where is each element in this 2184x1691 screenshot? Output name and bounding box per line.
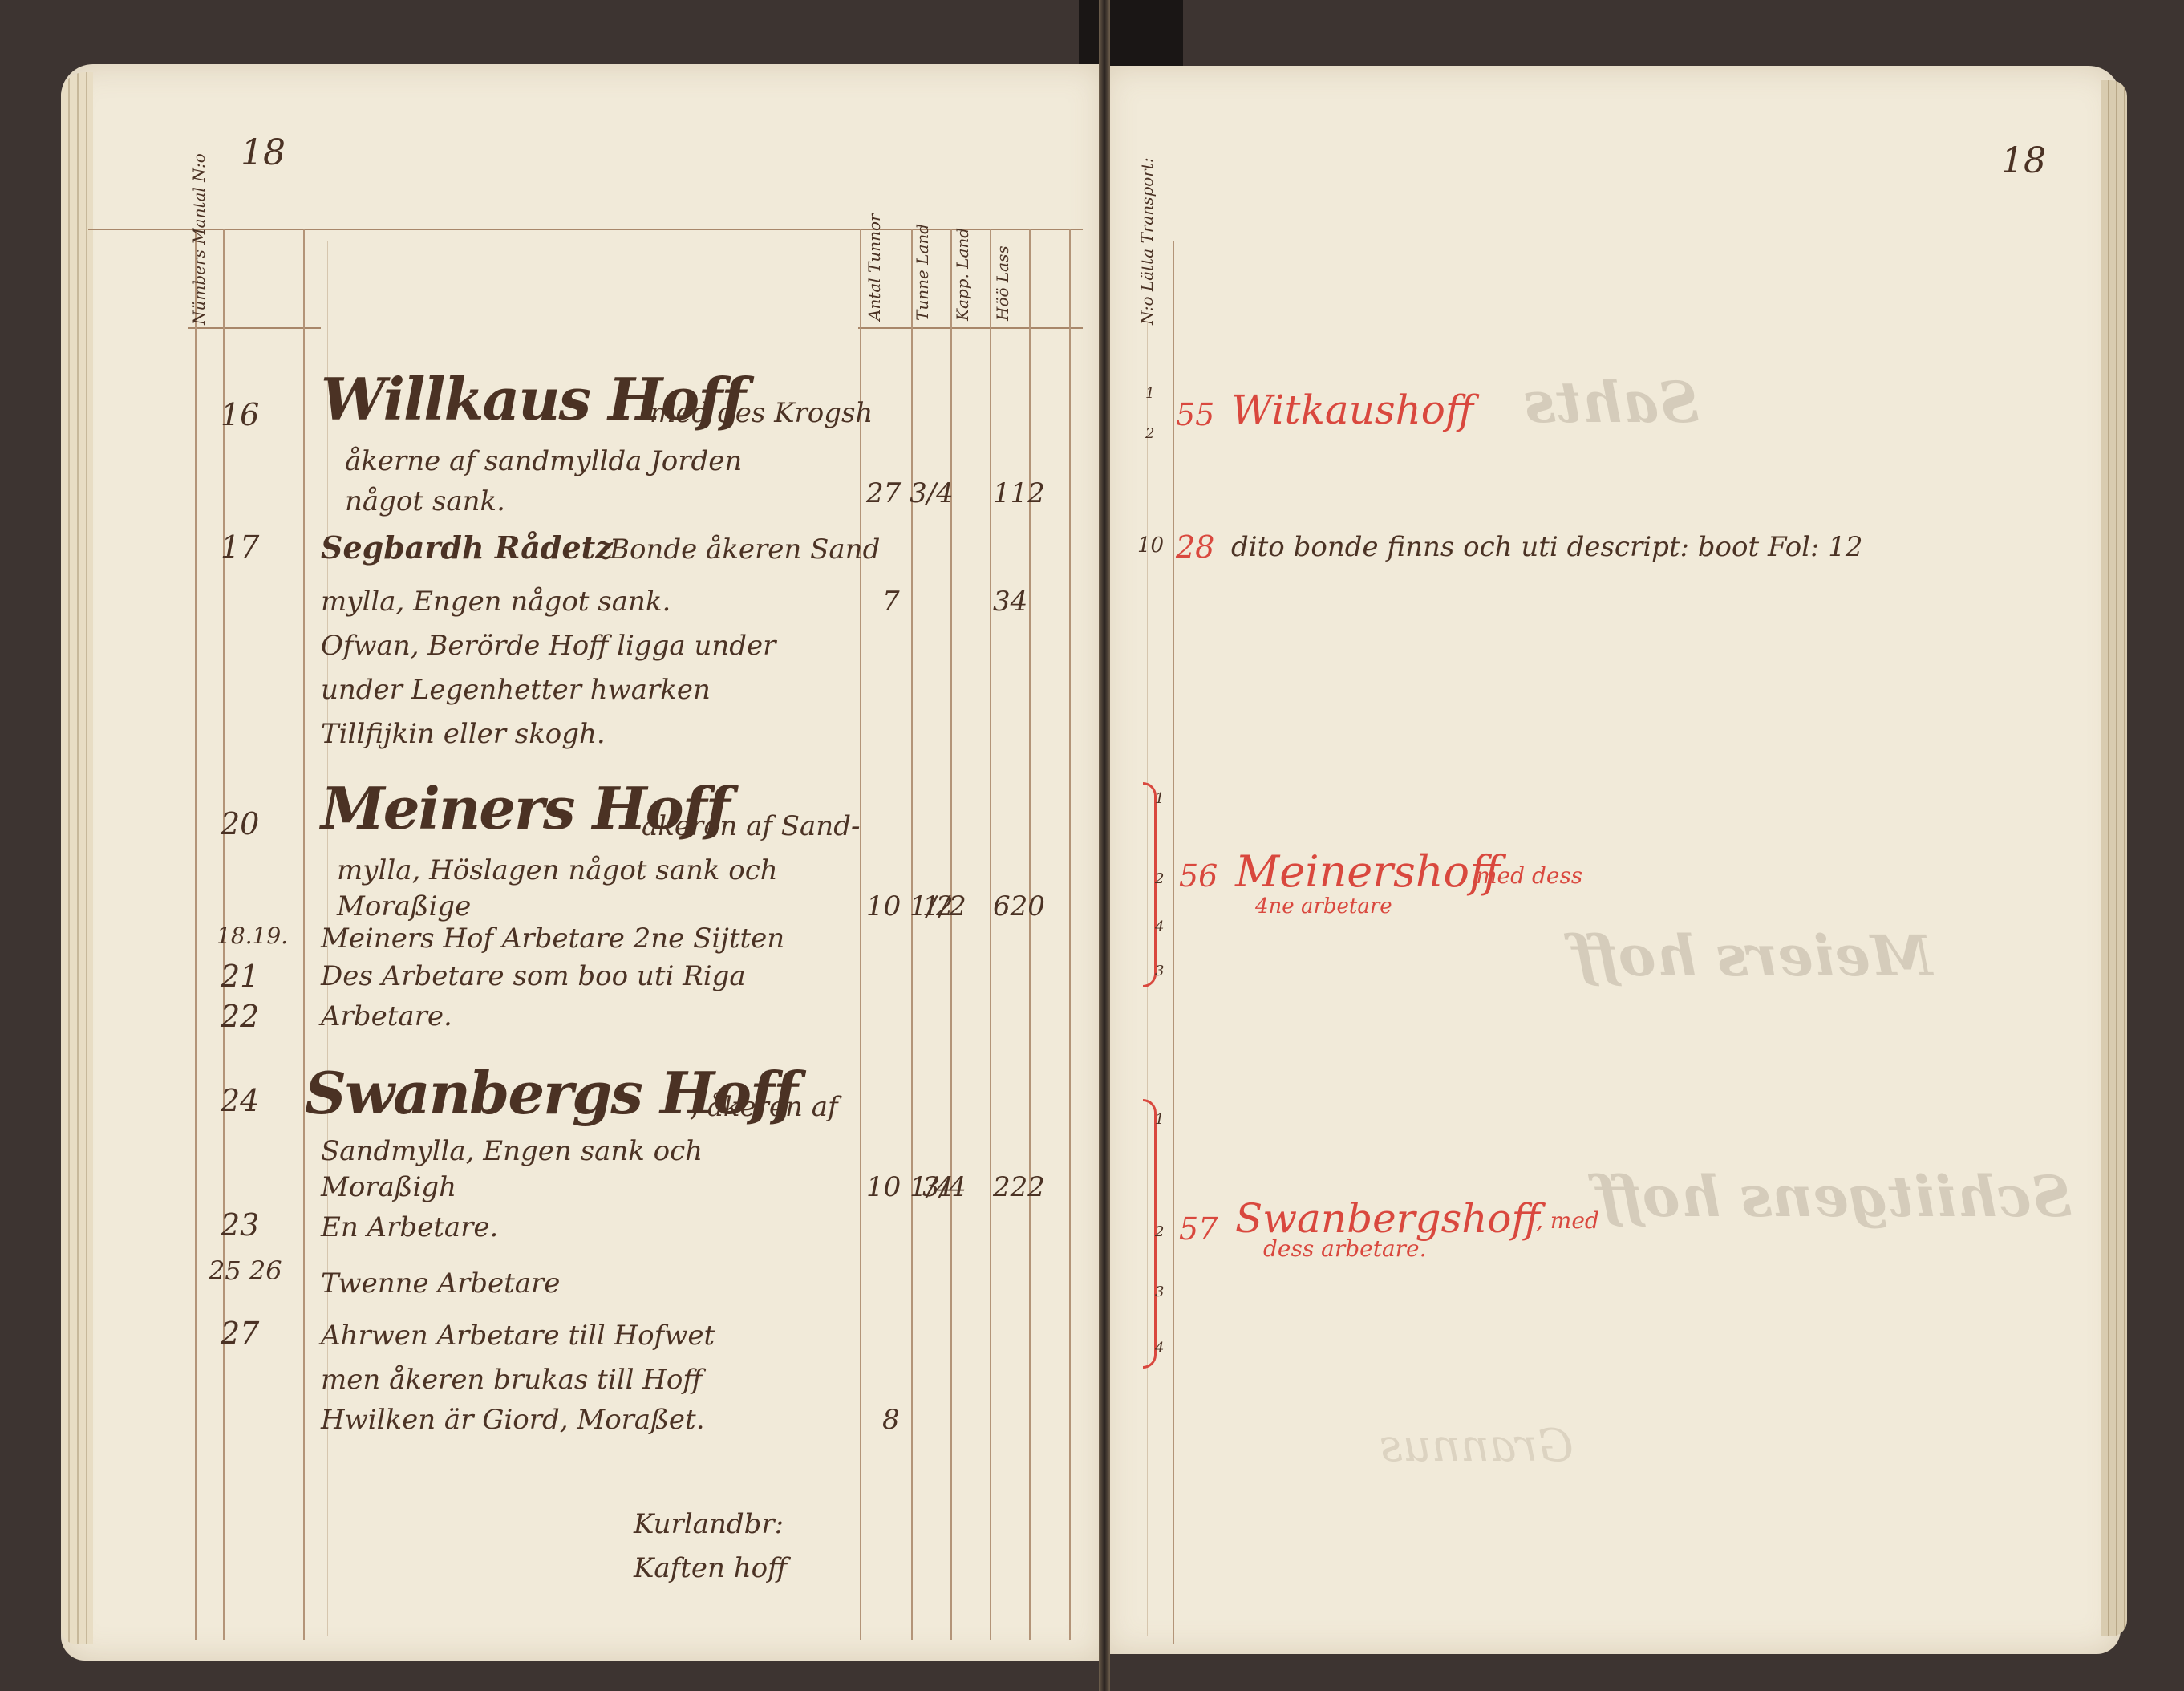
value-rule-2 bbox=[911, 229, 913, 1640]
margin-no: 10 bbox=[1137, 533, 1164, 558]
entry-line: under Legenhetter hwarken bbox=[321, 674, 711, 706]
entry-line: Ofwan, Berörde Hoff ligga under bbox=[321, 630, 776, 662]
bleed-through-text: Schiitgens hoff bbox=[1596, 1163, 2072, 1230]
entry-line: En Arbetare. bbox=[321, 1211, 498, 1243]
col-header-2: Tunne Land bbox=[914, 233, 931, 321]
signature-line-1: Kurlandbr: bbox=[634, 1508, 784, 1540]
right-margin-rule bbox=[1173, 241, 1174, 1644]
entry-line: Moraßigh bbox=[321, 1171, 456, 1203]
entry-no: 55 bbox=[1176, 397, 1214, 432]
value-rule-6 bbox=[1069, 229, 1071, 1640]
entry-line: Tillfijkin eller skogh. bbox=[321, 718, 606, 750]
text-left-rule bbox=[303, 229, 305, 1640]
margin-no: 2 bbox=[1145, 425, 1154, 442]
entry-no: 27 bbox=[221, 1316, 259, 1351]
entry-title: Segbardh Rådetz bbox=[321, 529, 613, 566]
margin-no: 1 bbox=[1155, 790, 1164, 807]
margin-no: 1 bbox=[1145, 385, 1154, 402]
entry-sub: 4ne arbetare bbox=[1255, 894, 1392, 918]
entry-line: Twenne Arbetare bbox=[321, 1267, 560, 1300]
col-header-4: Höö Lass bbox=[995, 233, 1011, 321]
value-rule-3 bbox=[950, 229, 952, 1640]
margin-no: 3 bbox=[1155, 1283, 1164, 1300]
value-rule-4 bbox=[990, 229, 991, 1640]
right-folio-number: 18 bbox=[2001, 140, 2046, 181]
book-gutter bbox=[1099, 0, 1110, 1691]
margin-rule bbox=[195, 229, 197, 1640]
entry-line: men åkeren brukas till Hoff bbox=[321, 1364, 703, 1396]
col-header-1: Antal Tunnor bbox=[866, 233, 883, 321]
entry-line: Ahrwen Arbetare till Hofwet bbox=[321, 1320, 715, 1352]
entry-title: Witkaushoff bbox=[1231, 387, 1473, 433]
entry-no: 18.19. bbox=[217, 923, 288, 949]
entry-line: Des Arbetare som boo uti Riga bbox=[321, 960, 746, 992]
right-page-edges bbox=[2101, 80, 2127, 1636]
margin-no: 3 bbox=[1155, 963, 1164, 979]
entry-no: 56 bbox=[1179, 858, 1218, 894]
entry-line: Arbetare. bbox=[321, 1000, 452, 1032]
entry-value-1: 7 bbox=[882, 586, 900, 618]
value-rule-5 bbox=[1029, 229, 1031, 1640]
margin-no: 2 bbox=[1155, 1223, 1164, 1240]
entry-no: 17 bbox=[221, 529, 259, 565]
entry-line: Meiners Hof Arbetare 2ne Sijtten bbox=[321, 923, 784, 955]
entry-no: 20 bbox=[221, 806, 259, 841]
header-bottom-rule bbox=[188, 327, 321, 329]
entry-line: , åkeren af bbox=[690, 1091, 838, 1123]
entry-no: 23 bbox=[221, 1207, 259, 1243]
col-header-margin: Nümbers Mantal N:o bbox=[191, 237, 208, 325]
entry-line: mylla, Höslagen något sank och bbox=[337, 854, 778, 886]
entry-line: Hwilken är Giord, Moraßet. bbox=[321, 1404, 705, 1436]
entry-suffix: med dess bbox=[1476, 862, 1582, 889]
signature-line-2: Kaften hoff bbox=[634, 1552, 787, 1584]
col-header-transport: N:o Lätta Transport: bbox=[1139, 229, 1156, 325]
entry-line: Sandmylla, Engen sank och bbox=[321, 1135, 703, 1167]
entry-no: 22 bbox=[221, 999, 259, 1034]
entry-line: något sank. bbox=[345, 485, 505, 517]
entry-no: 57 bbox=[1179, 1211, 1218, 1247]
bleed-through-text: Grannus bbox=[1380, 1420, 1574, 1472]
entry-no: 21 bbox=[221, 959, 259, 994]
bleed-through-text: Meiers hoff bbox=[1572, 923, 1932, 989]
value-rule-1 bbox=[860, 229, 861, 1640]
entry-sub: dess arbetare. bbox=[1263, 1235, 1427, 1262]
entry-value-3: 222 bbox=[993, 1171, 1045, 1203]
entry-suffix: , med bbox=[1536, 1207, 1599, 1234]
entry-title: Meinershoff bbox=[1235, 846, 1500, 897]
header-rule bbox=[88, 229, 1083, 230]
entry-value-1: 27 3/4 bbox=[866, 477, 954, 509]
left-page-edges bbox=[61, 72, 93, 1644]
header-bottom-rule-values bbox=[858, 327, 1083, 329]
entry-value-3: 620 bbox=[993, 890, 1045, 923]
left-folio-number: 18 bbox=[241, 132, 286, 173]
entry-value-1: 8 bbox=[882, 1404, 900, 1436]
entry-line: åkerne af sandmyllda Jorden bbox=[345, 445, 742, 477]
entry-line: åkeren af Sand- bbox=[642, 810, 860, 842]
entry-line: med des Krogsh bbox=[650, 397, 873, 429]
entry-no: 24 bbox=[221, 1083, 259, 1118]
entry-line: dito bonde finns och uti descript: boot … bbox=[1231, 531, 1863, 563]
entry-no: 25 26 bbox=[209, 1255, 282, 1286]
margin-no: 4 bbox=[1155, 918, 1164, 935]
entry-value-3: 34 bbox=[993, 586, 1027, 618]
margin-no: 4 bbox=[1155, 1340, 1164, 1356]
bleed-through-text: Sahts bbox=[1524, 369, 1700, 436]
entry-value-2: 1/2 bbox=[922, 890, 966, 923]
entry-no: 28 bbox=[1176, 529, 1214, 565]
entry-value-2: 3/4 bbox=[922, 1171, 966, 1203]
manuscript-spread: 18 Nümbers Mantal N:o Antal Tunnor Tunne… bbox=[0, 0, 2184, 1691]
entry-no: 16 bbox=[221, 397, 259, 432]
margin-no: 2 bbox=[1155, 870, 1164, 887]
entry-value-3: 112 bbox=[993, 477, 1045, 509]
margin-no: 1 bbox=[1155, 1111, 1164, 1128]
entry-line: Moraßige bbox=[337, 890, 471, 923]
entry-line: mylla, Engen något sank. bbox=[321, 586, 671, 618]
col-header-3: Kapp. Land bbox=[954, 233, 971, 321]
entry-line: Bonde åkeren Sand bbox=[610, 533, 880, 566]
